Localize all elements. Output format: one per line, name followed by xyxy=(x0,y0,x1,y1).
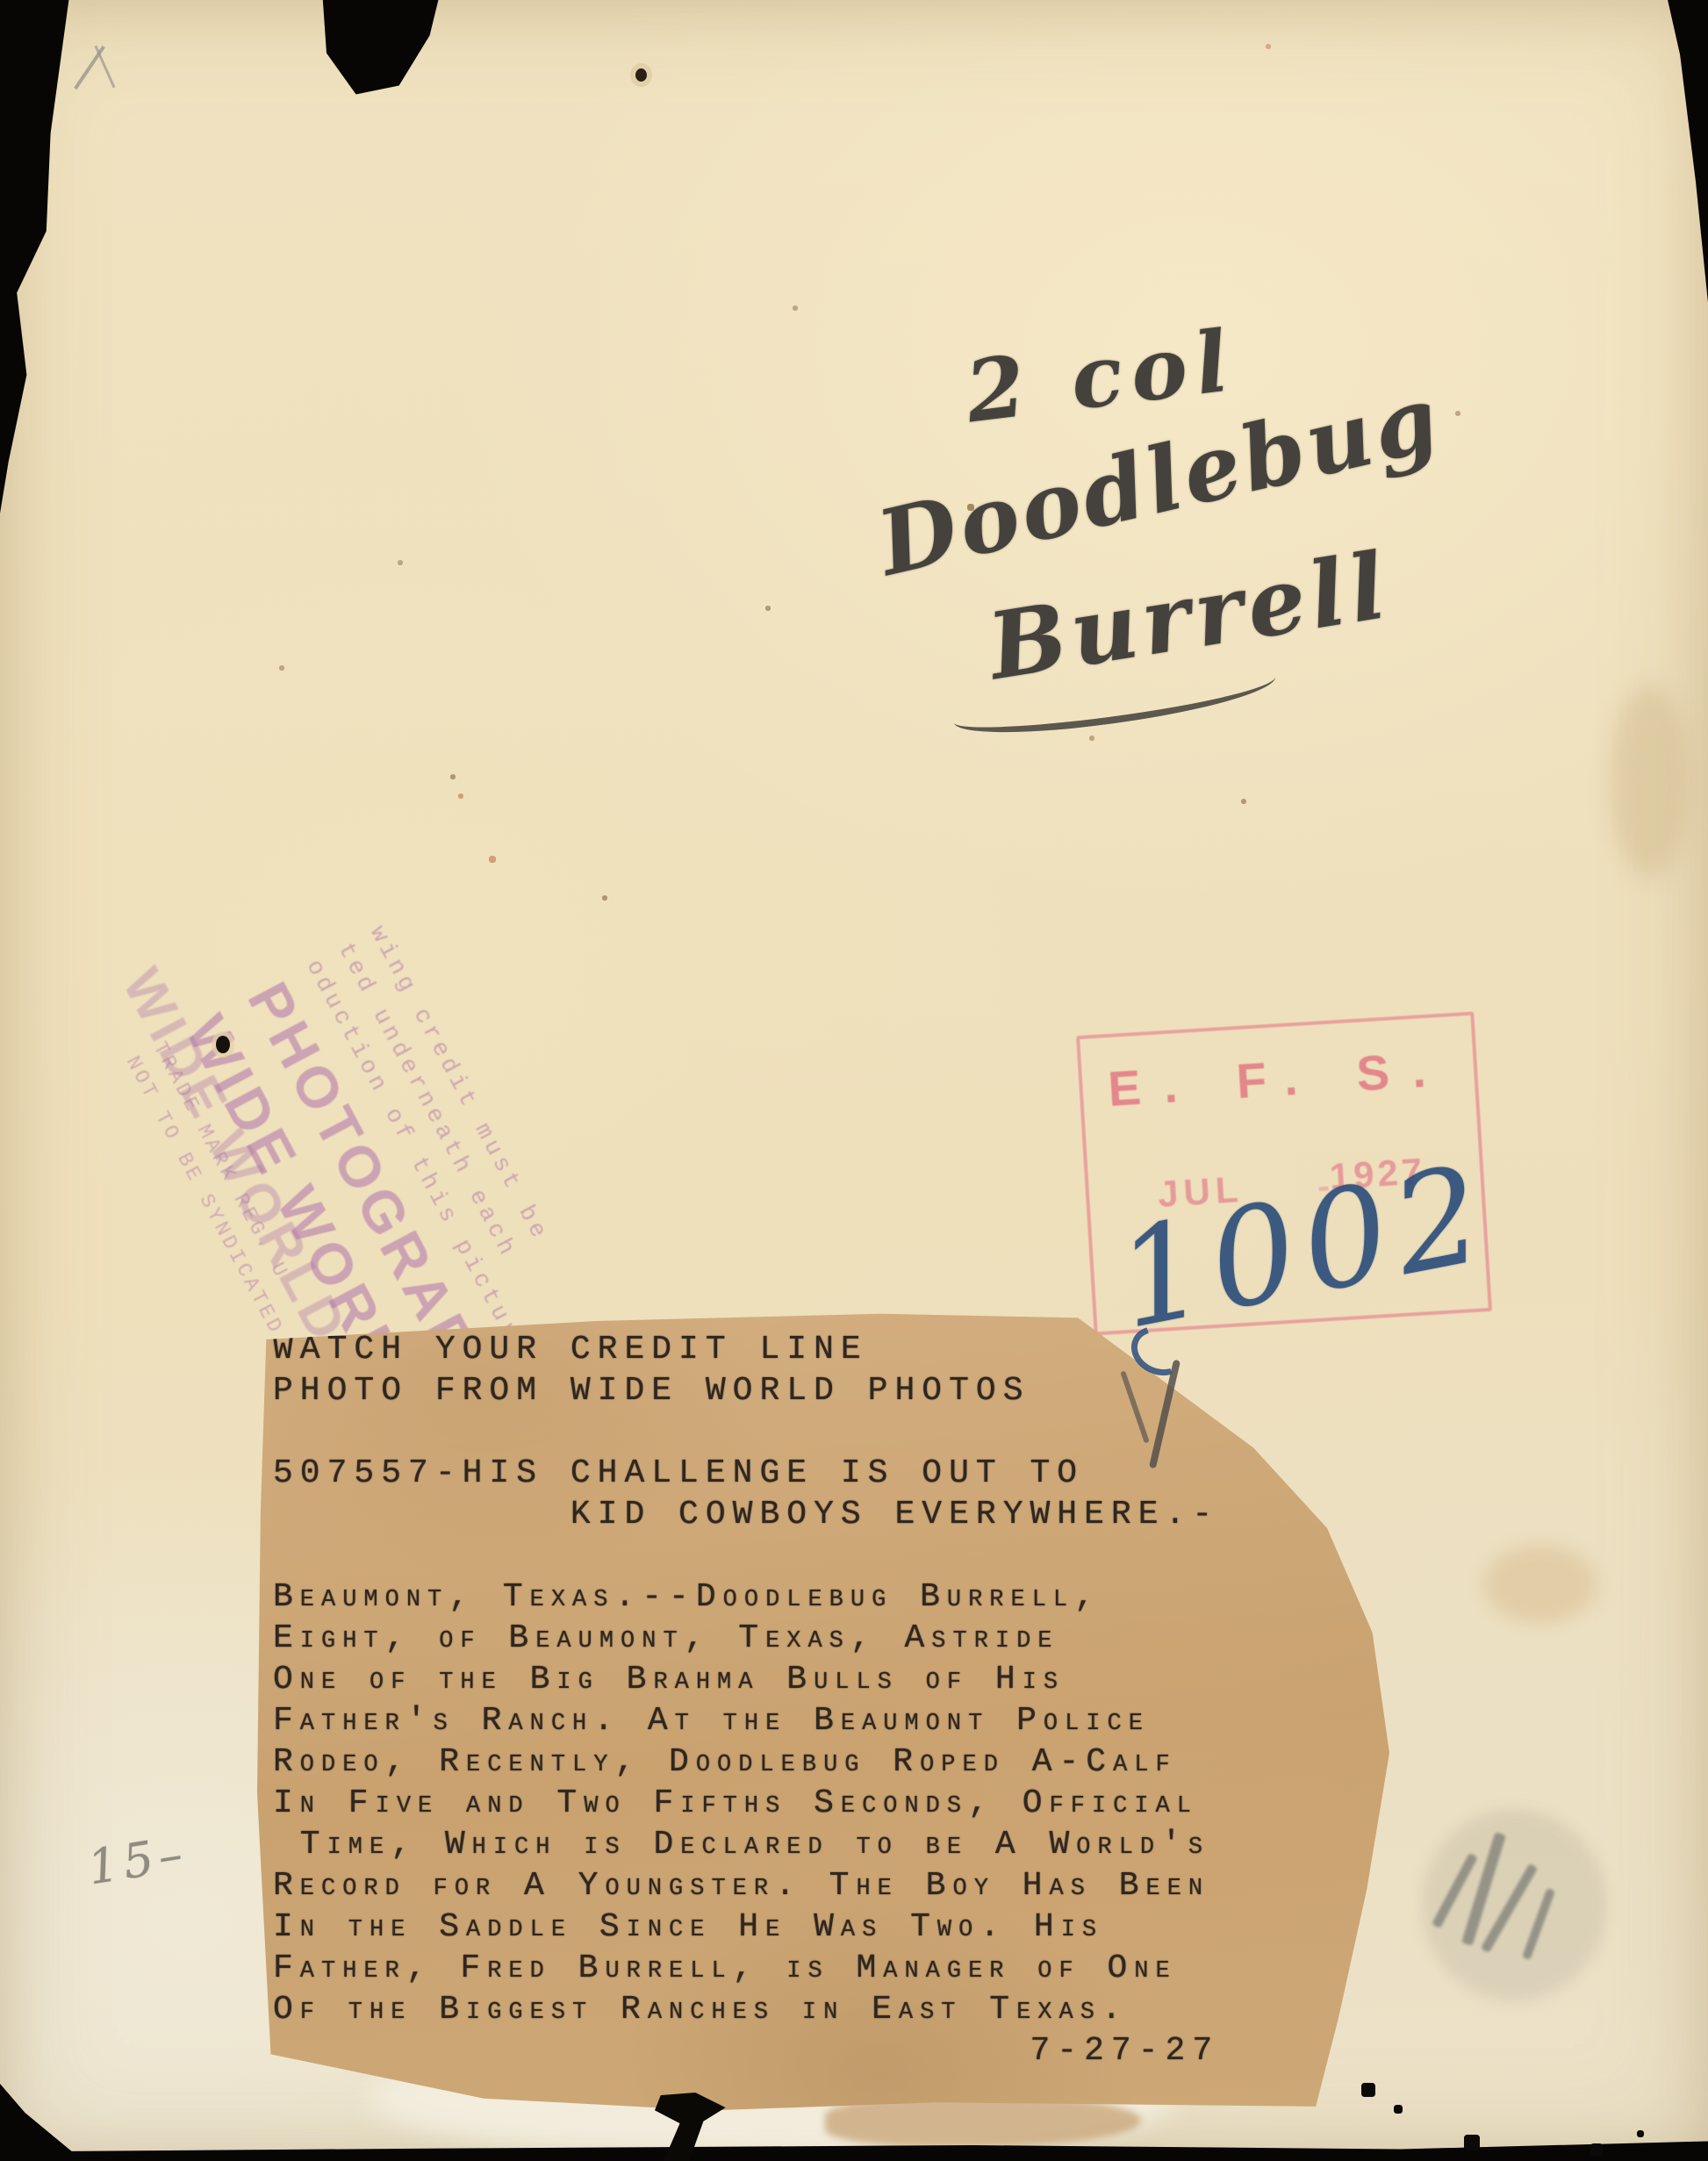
caption-line: 7-27-27 xyxy=(273,2030,1219,2071)
efs-stamp-title: E. F. S. xyxy=(1081,1038,1475,1119)
caption-line: Of the Biggest Ranches in East Texas. xyxy=(273,1989,1219,2030)
caption-line: One of the Big Brahma Bulls of His xyxy=(273,1659,1219,1700)
press-photo-verso: 2 col Doodlebug Burrell wing credit must… xyxy=(0,0,1708,2161)
paper-hole xyxy=(216,1036,230,1053)
caption-line: 507557-HIS CHALLENGE IS OUT TO xyxy=(273,1453,1219,1494)
caption-line: WATCH YOUR CREDIT LINE xyxy=(273,1329,1219,1370)
caption-line xyxy=(273,1535,1219,1576)
caption-line: Time, Which is Declared to be A World's xyxy=(273,1824,1219,1865)
stain xyxy=(1483,1545,1597,1624)
caption-line: Father's Ranch. At the Beaumont Police xyxy=(273,1700,1219,1741)
caption-line: Father, Fred Burrell, is Manager of One xyxy=(273,1948,1219,1989)
brown-specks xyxy=(0,0,2,2)
caption-line: Eight, of Beaumont, Texas, Astride xyxy=(273,1618,1219,1659)
caption-line: Beaumont, Texas.--Doodlebug Burrell, xyxy=(273,1576,1219,1618)
caption-line xyxy=(273,1411,1219,1453)
caption-line: In Five and Two Fifths Seconds, Official xyxy=(273,1783,1219,1824)
caption-line: KID COWBOYS EVERYWHERE.- xyxy=(273,1494,1219,1535)
typed-caption: WATCH YOUR CREDIT LINEPHOTO FROM WIDE WO… xyxy=(273,1329,1219,2071)
caption-line: PHOTO FROM WIDE WORLD PHOTOS xyxy=(273,1370,1219,1411)
stain xyxy=(1611,685,1690,878)
caption-line: Rodeo, Recently, Doodlebug Roped A-Calf xyxy=(273,1741,1219,1783)
caption-line: Record for A Youngster. The Boy Has Been xyxy=(273,1865,1219,1906)
paper-hole-small xyxy=(635,68,647,82)
caption-line: In the Saddle Since He Was Two. His xyxy=(273,1906,1219,1948)
caption-slip: WATCH YOUR CREDIT LINEPHOTO FROM WIDE WO… xyxy=(257,1311,1389,2114)
